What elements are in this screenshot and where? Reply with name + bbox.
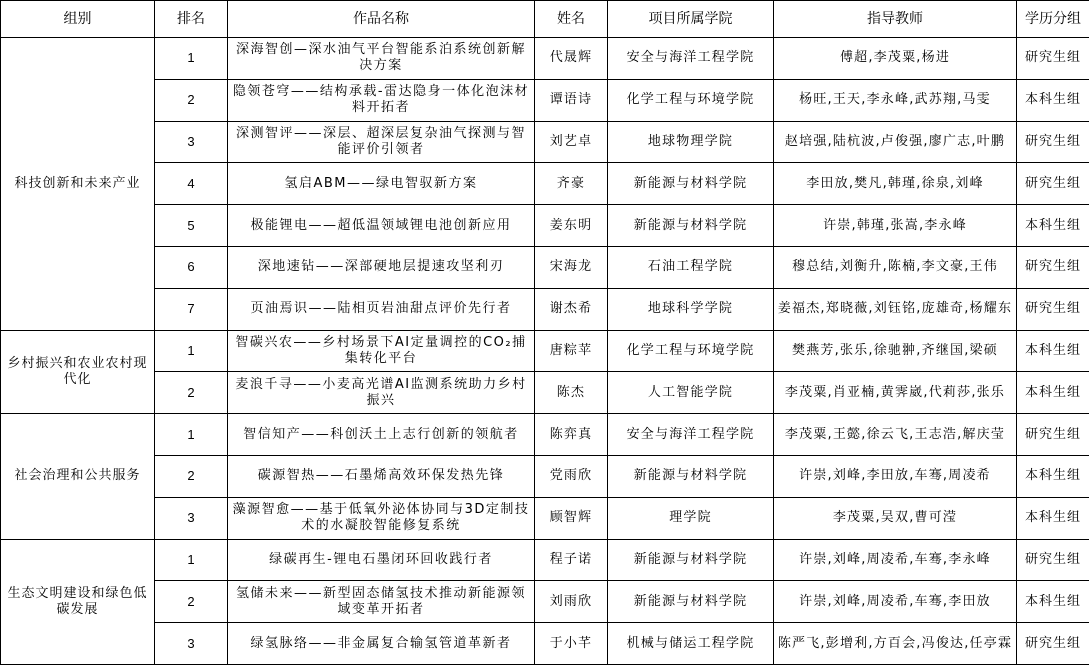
student-name-cell: 唐粽苹 <box>535 330 608 372</box>
advisors-cell: 杨旺,王天,李永峰,武苏翔,马雯 <box>774 79 1017 121</box>
advisors-cell: 许崇,刘峰,周凌希,车骞,李永峰 <box>774 539 1017 581</box>
rank-cell: 2 <box>155 455 228 497</box>
rank-cell: 4 <box>155 163 228 205</box>
header-row: 组别 排名 作品名称 姓名 项目所属学院 指导教师 学历分组 <box>1 1 1089 38</box>
college-cell: 化学工程与环境学院 <box>608 330 774 372</box>
level-cell: 本科生组 <box>1017 581 1089 623</box>
table-row: 乡村振兴和农业农村现代化 1 智碳兴农——乡村场景下AI定量调控的CO₂捕集转化… <box>1 330 1089 372</box>
level-cell: 研究生组 <box>1017 121 1089 163</box>
rank-cell: 2 <box>155 581 228 623</box>
table-body: 科技创新和未来产业 1 深海智创—深水油气平台智能系泊系统创新解决方案 代晟辉 … <box>1 38 1089 665</box>
header-group: 组别 <box>1 1 155 38</box>
college-cell: 地球科学学院 <box>608 288 774 330</box>
student-name-cell: 于小芊 <box>535 623 608 665</box>
student-name-cell: 党雨欣 <box>535 455 608 497</box>
table-row: 3 深测智评——深层、超深层复杂油气探测与智能评价引领者 刘艺卓 地球物理学院 … <box>1 121 1089 163</box>
header-college: 项目所属学院 <box>608 1 774 38</box>
advisors-cell: 李茂粟,吴双,曹可滢 <box>774 497 1017 539</box>
student-name-cell: 刘艺卓 <box>535 121 608 163</box>
table-row: 2 隐领苍穹——结构承载-雷达隐身一体化泡沫材料开拓者 谭语诗 化学工程与环境学… <box>1 79 1089 121</box>
level-cell: 本科生组 <box>1017 79 1089 121</box>
student-name-cell: 姜东明 <box>535 205 608 247</box>
college-cell: 理学院 <box>608 497 774 539</box>
level-cell: 研究生组 <box>1017 414 1089 456</box>
work-title-cell: 麦浪千寻——小麦高光谱AI监测系统助力乡村振兴 <box>228 372 535 414</box>
college-cell: 石油工程学院 <box>608 246 774 288</box>
rank-cell: 5 <box>155 205 228 247</box>
advisors-cell: 许崇,刘峰,李田放,车骞,周凌希 <box>774 455 1017 497</box>
header-advisors: 指导教师 <box>774 1 1017 38</box>
table-row: 2 麦浪千寻——小麦高光谱AI监测系统助力乡村振兴 陈杰 人工智能学院 李茂粟,… <box>1 372 1089 414</box>
rank-cell: 1 <box>155 330 228 372</box>
rank-cell: 2 <box>155 372 228 414</box>
level-cell: 研究生组 <box>1017 246 1089 288</box>
rank-cell: 3 <box>155 623 228 665</box>
work-title-cell: 智碳兴农——乡村场景下AI定量调控的CO₂捕集转化平台 <box>228 330 535 372</box>
work-title-cell: 藻源智愈——基于低氧外泌体协同与3D定制技术的水凝胶智能修复系统 <box>228 497 535 539</box>
advisors-cell: 李茂粟,肖亚楠,黄霁崴,代莉莎,张乐 <box>774 372 1017 414</box>
level-cell: 本科生组 <box>1017 497 1089 539</box>
student-name-cell: 陈杰 <box>535 372 608 414</box>
college-cell: 人工智能学院 <box>608 372 774 414</box>
student-name-cell: 谢杰希 <box>535 288 608 330</box>
table-row: 生态文明建设和绿色低碳发展 1 绿碳再生-锂电石墨闭环回收践行者 程子诺 新能源… <box>1 539 1089 581</box>
college-cell: 化学工程与环境学院 <box>608 79 774 121</box>
table-row: 3 藻源智愈——基于低氧外泌体协同与3D定制技术的水凝胶智能修复系统 顾智辉 理… <box>1 497 1089 539</box>
advisors-cell: 李田放,樊凡,韩瑾,徐泉,刘峰 <box>774 163 1017 205</box>
level-cell: 研究生组 <box>1017 288 1089 330</box>
student-name-cell: 程子诺 <box>535 539 608 581</box>
header-work: 作品名称 <box>228 1 535 38</box>
rank-cell: 1 <box>155 38 228 80</box>
work-title-cell: 深测智评——深层、超深层复杂油气探测与智能评价引领者 <box>228 121 535 163</box>
group-cell: 乡村振兴和农业农村现代化 <box>1 330 155 414</box>
work-title-cell: 碳源智热——石墨烯高效环保发热先锋 <box>228 455 535 497</box>
level-cell: 研究生组 <box>1017 539 1089 581</box>
college-cell: 地球物理学院 <box>608 121 774 163</box>
level-cell: 本科生组 <box>1017 330 1089 372</box>
work-title-cell: 绿碳再生-锂电石墨闭环回收践行者 <box>228 539 535 581</box>
college-cell: 安全与海洋工程学院 <box>608 38 774 80</box>
header-rank: 排名 <box>155 1 228 38</box>
awards-table: 组别 排名 作品名称 姓名 项目所属学院 指导教师 学历分组 科技创新和未来产业… <box>0 0 1089 665</box>
advisors-cell: 许崇,刘峰,周凌希,车骞,李田放 <box>774 581 1017 623</box>
student-name-cell: 陈弈真 <box>535 414 608 456</box>
work-title-cell: 氢启ABM——绿电智驭新方案 <box>228 163 535 205</box>
student-name-cell: 宋海龙 <box>535 246 608 288</box>
table-row: 4 氢启ABM——绿电智驭新方案 齐豪 新能源与材料学院 李田放,樊凡,韩瑾,徐… <box>1 163 1089 205</box>
group-cell: 科技创新和未来产业 <box>1 38 155 331</box>
table-row: 科技创新和未来产业 1 深海智创—深水油气平台智能系泊系统创新解决方案 代晟辉 … <box>1 38 1089 80</box>
student-name-cell: 齐豪 <box>535 163 608 205</box>
advisors-cell: 李茂粟,王懿,徐云飞,王志浩,解庆莹 <box>774 414 1017 456</box>
student-name-cell: 代晟辉 <box>535 38 608 80</box>
level-cell: 本科生组 <box>1017 372 1089 414</box>
table-row: 6 深地速钻——深部硬地层提速攻坚利刃 宋海龙 石油工程学院 穆总结,刘衡升,陈… <box>1 246 1089 288</box>
level-cell: 研究生组 <box>1017 623 1089 665</box>
college-cell: 机械与储运工程学院 <box>608 623 774 665</box>
level-cell: 本科生组 <box>1017 205 1089 247</box>
table-row: 社会治理和公共服务 1 智信知产——科创沃土上志行创新的领航者 陈弈真 安全与海… <box>1 414 1089 456</box>
advisors-cell: 穆总结,刘衡升,陈楠,李文豪,王伟 <box>774 246 1017 288</box>
table-row: 5 极能锂电——超低温领域锂电池创新应用 姜东明 新能源与材料学院 许崇,韩瑾,… <box>1 205 1089 247</box>
work-title-cell: 隐领苍穹——结构承载-雷达隐身一体化泡沫材料开拓者 <box>228 79 535 121</box>
work-title-cell: 绿氢脉络——非金属复合输氢管道革新者 <box>228 623 535 665</box>
header-name: 姓名 <box>535 1 608 38</box>
header-level: 学历分组 <box>1017 1 1089 38</box>
rank-cell: 3 <box>155 497 228 539</box>
college-cell: 新能源与材料学院 <box>608 205 774 247</box>
table-row: 2 氢储未来——新型固态储氢技术推动新能源领域变革开拓者 刘雨欣 新能源与材料学… <box>1 581 1089 623</box>
student-name-cell: 谭语诗 <box>535 79 608 121</box>
college-cell: 新能源与材料学院 <box>608 581 774 623</box>
level-cell: 本科生组 <box>1017 455 1089 497</box>
advisors-cell: 傅超,李茂粟,杨进 <box>774 38 1017 80</box>
rank-cell: 1 <box>155 414 228 456</box>
work-title-cell: 氢储未来——新型固态储氢技术推动新能源领域变革开拓者 <box>228 581 535 623</box>
work-title-cell: 页油焉识——陆相页岩油甜点评价先行者 <box>228 288 535 330</box>
college-cell: 安全与海洋工程学院 <box>608 414 774 456</box>
group-cell: 社会治理和公共服务 <box>1 414 155 539</box>
rank-cell: 7 <box>155 288 228 330</box>
table-row: 3 绿氢脉络——非金属复合输氢管道革新者 于小芊 机械与储运工程学院 陈严飞,彭… <box>1 623 1089 665</box>
student-name-cell: 刘雨欣 <box>535 581 608 623</box>
advisors-cell: 许崇,韩瑾,张嵩,李永峰 <box>774 205 1017 247</box>
rank-cell: 1 <box>155 539 228 581</box>
level-cell: 研究生组 <box>1017 38 1089 80</box>
group-cell: 生态文明建设和绿色低碳发展 <box>1 539 155 664</box>
table-row: 7 页油焉识——陆相页岩油甜点评价先行者 谢杰希 地球科学学院 姜福杰,郑晓薇,… <box>1 288 1089 330</box>
work-title-cell: 智信知产——科创沃土上志行创新的领航者 <box>228 414 535 456</box>
work-title-cell: 极能锂电——超低温领域锂电池创新应用 <box>228 205 535 247</box>
rank-cell: 6 <box>155 246 228 288</box>
advisors-cell: 赵培强,陆杭波,卢俊强,廖广志,叶鹏 <box>774 121 1017 163</box>
student-name-cell: 顾智辉 <box>535 497 608 539</box>
college-cell: 新能源与材料学院 <box>608 539 774 581</box>
advisors-cell: 姜福杰,郑晓薇,刘钰铭,庞雄奇,杨耀东 <box>774 288 1017 330</box>
level-cell: 研究生组 <box>1017 163 1089 205</box>
college-cell: 新能源与材料学院 <box>608 455 774 497</box>
advisors-cell: 陈严飞,彭增利,方百会,冯俊达,任亭霖 <box>774 623 1017 665</box>
rank-cell: 3 <box>155 121 228 163</box>
rank-cell: 2 <box>155 79 228 121</box>
table-row: 2 碳源智热——石墨烯高效环保发热先锋 党雨欣 新能源与材料学院 许崇,刘峰,李… <box>1 455 1089 497</box>
work-title-cell: 深地速钻——深部硬地层提速攻坚利刃 <box>228 246 535 288</box>
advisors-cell: 樊燕芳,张乐,徐驰翀,齐继国,梁硕 <box>774 330 1017 372</box>
college-cell: 新能源与材料学院 <box>608 163 774 205</box>
work-title-cell: 深海智创—深水油气平台智能系泊系统创新解决方案 <box>228 38 535 80</box>
